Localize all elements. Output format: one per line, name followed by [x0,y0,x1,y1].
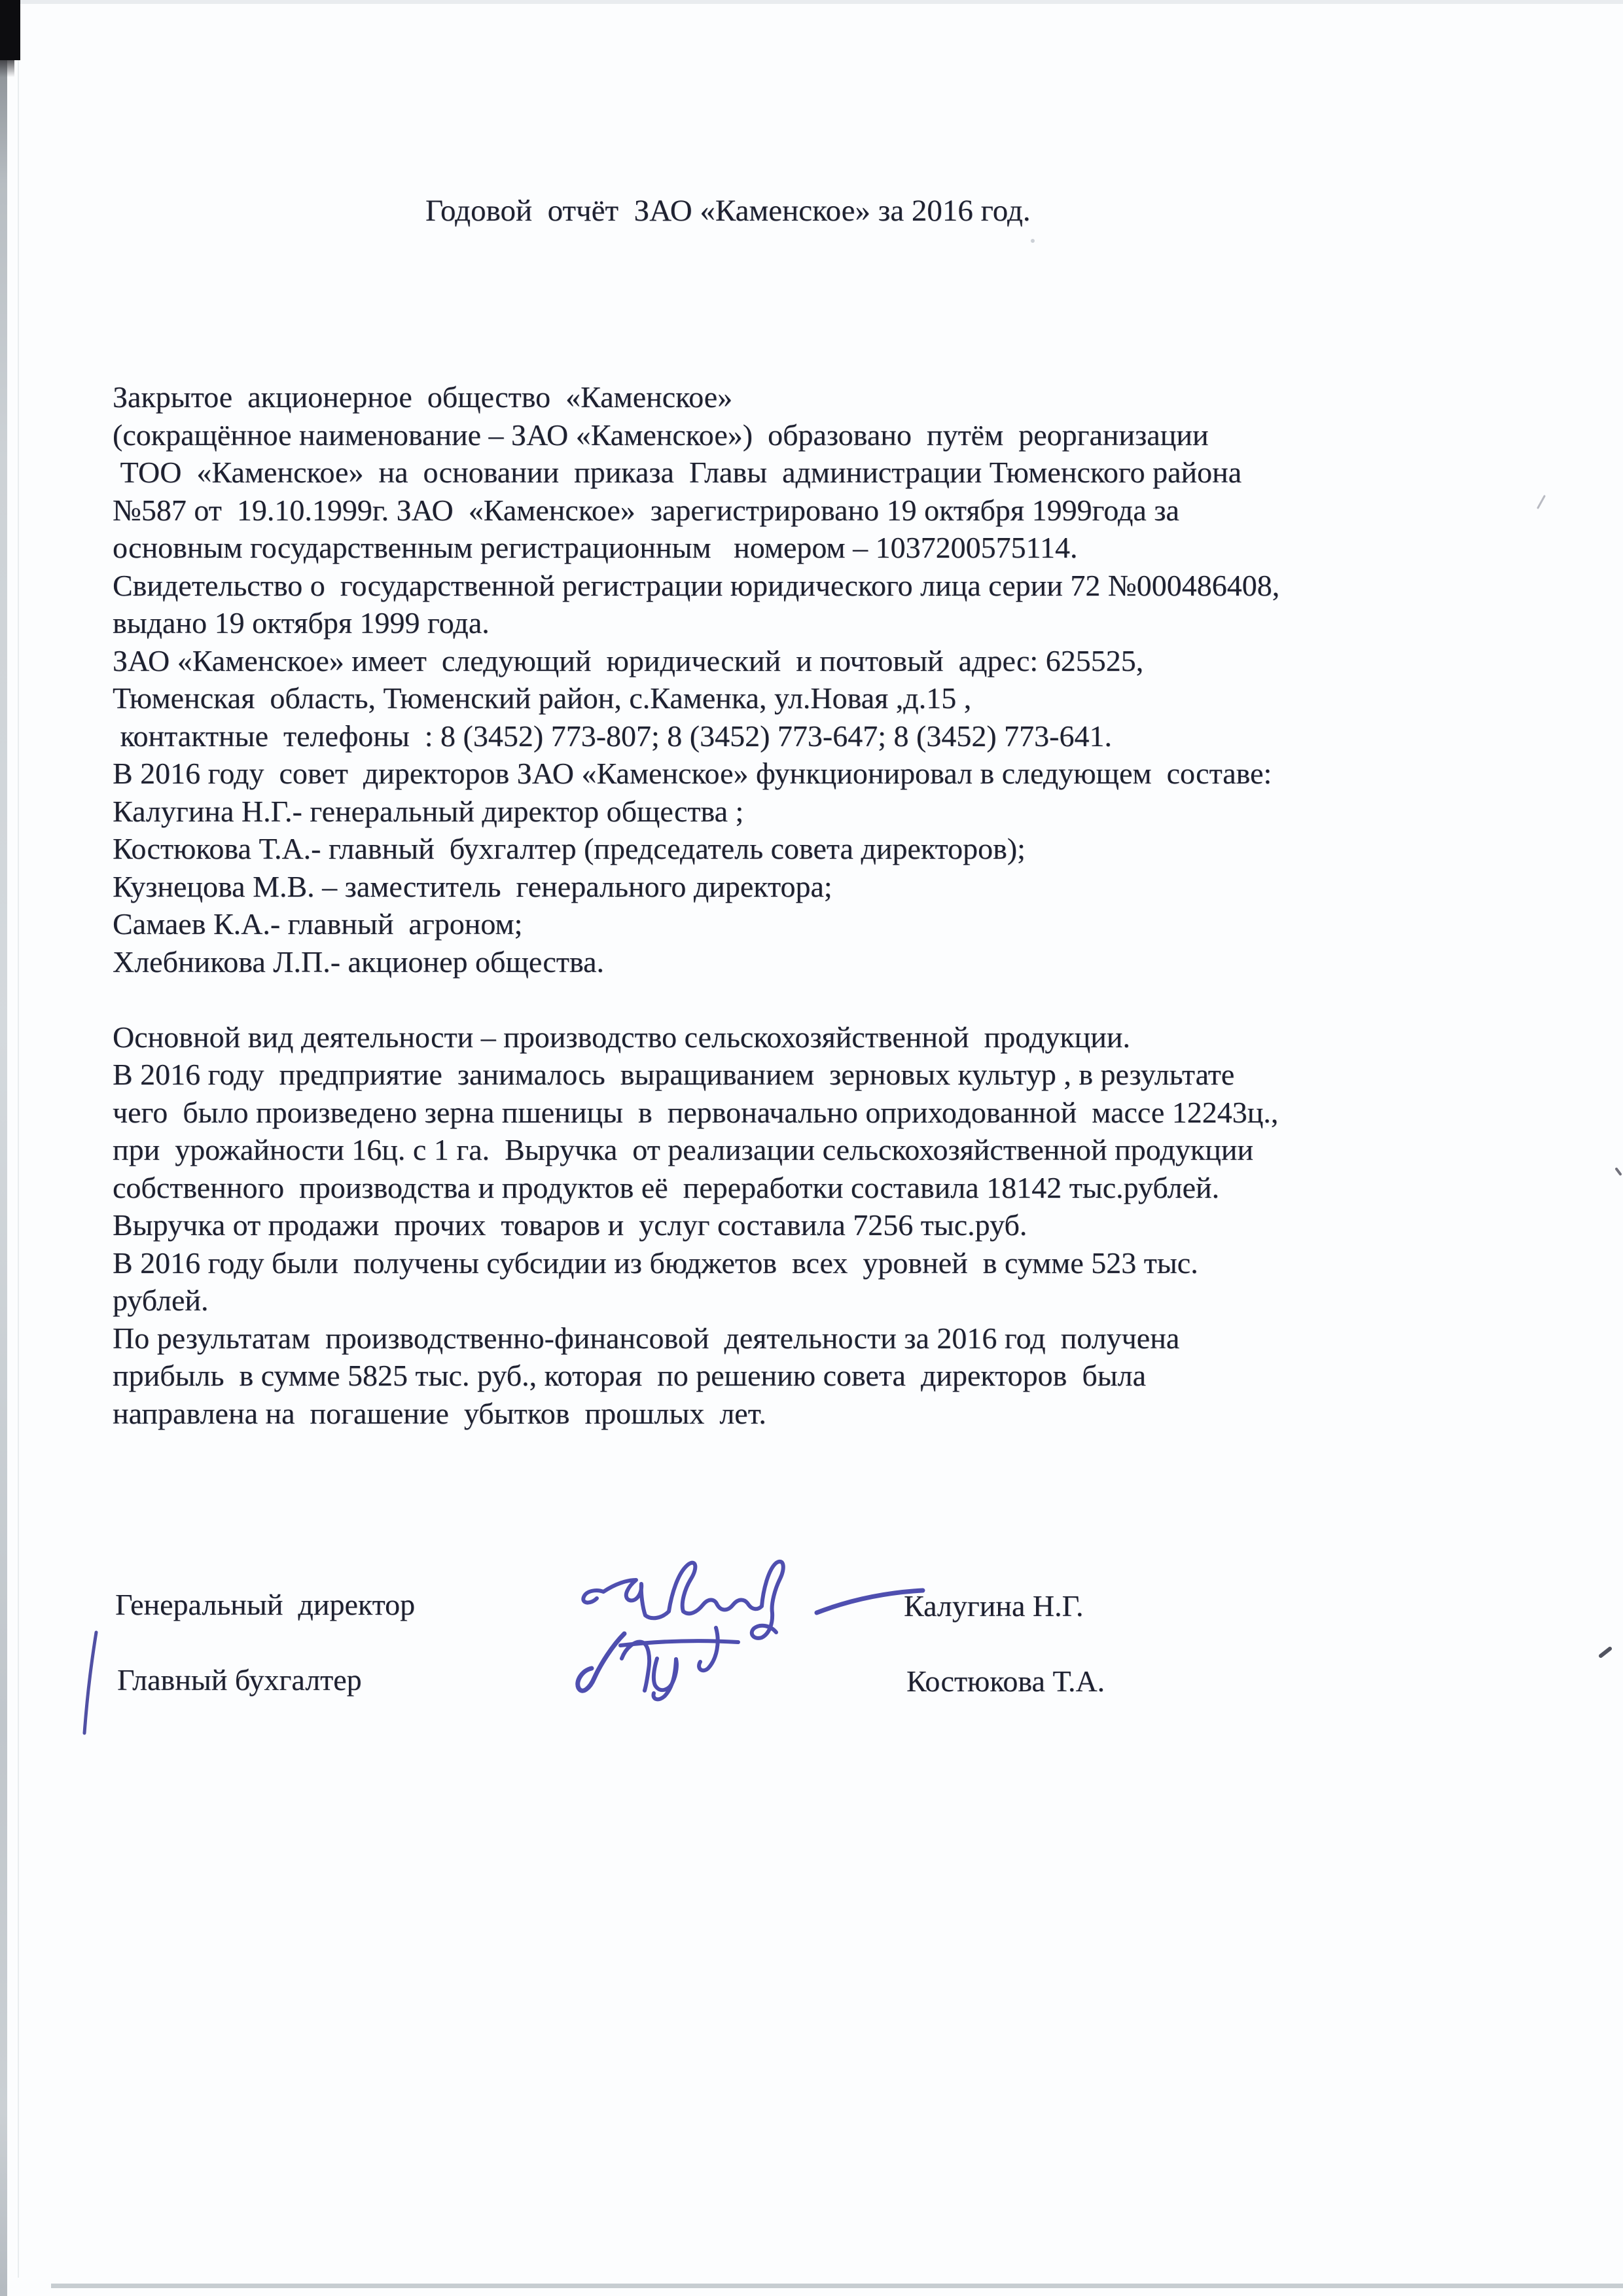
body-line: при урожайности 16ц. с 1 га. Выручка от … [113,1131,1526,1169]
body-line: контактные телефоны : 8 (3452) 773-807; … [113,717,1526,755]
body-line: Костюкова Т.А.- главный бухгалтер (предс… [113,830,1526,868]
director-signature-ink [583,1562,923,1638]
body-line: рублей. [113,1282,1526,1319]
scanner-bottom-edge [51,2284,1623,2288]
body-line: (сокращённое наименование – ЗАО «Каменск… [113,416,1526,454]
body-line [113,980,1526,1018]
scan-corner-artifact [0,0,20,60]
body-line: По результатам производственно-финансово… [113,1319,1526,1357]
body-line: Самаев К.А.- главный агроном; [113,905,1526,943]
body-line: Кузнецова М.В. – заместитель генеральног… [113,868,1526,906]
body-line: Свидетельство о государственной регистра… [113,567,1526,605]
signature-name-kalugina: Калугина Н.Г. [904,1588,1084,1624]
body-line: Основной вид деятельности – производство… [113,1018,1526,1056]
report-body: Закрытое акционерное общество «Каменское… [113,378,1526,1432]
report-title: Годовой отчёт ЗАО «Каменское» за 2016 го… [425,192,1031,229]
body-line: Хлебникова Л.П.- акционер общества. [113,943,1526,981]
body-line: В 2016 году предприятие занималось выращ… [113,1056,1526,1094]
scan-speck [1031,239,1035,243]
body-line: ЗАО «Каменское» имеет следующий юридичес… [113,642,1526,680]
body-line: ТОО «Каменское» на основании приказа Гла… [113,454,1526,492]
scan-speck [1616,1169,1620,1174]
body-line: №587 от 19.10.1999г. ЗАО «Каменское» зар… [113,492,1526,529]
signature-role-chief-accountant: Главный бухгалтер [117,1662,362,1698]
body-line: основным государственным регистрационным… [113,529,1526,567]
body-line: направлена на погашение убытков прошлых … [113,1395,1526,1433]
body-line: Тюменская область, Тюменский район, с.Ка… [113,679,1526,717]
body-line: Закрытое акционерное общество «Каменское… [113,378,1526,416]
body-line: выдано 19 октября 1999 года. [113,604,1526,642]
signature-name-kostyukova: Костюкова Т.А. [906,1663,1105,1700]
scan-corner-artifact-fade [0,60,14,77]
body-line: чего было произведено зерна пшеницы в пе… [113,1094,1526,1132]
body-line: Выручка от продажи прочих товаров и услу… [113,1206,1526,1244]
paper-edge-shadow [18,26,19,2278]
body-line: собственного производства и продуктов её… [113,1169,1526,1207]
scan-speck [1538,496,1544,508]
scanner-top-edge [0,0,1623,4]
signature-role-general-director: Генеральный директор [115,1587,415,1623]
body-line: прибыль в сумме 5825 тыс. руб., которая … [113,1357,1526,1395]
scan-speck [1601,1649,1610,1656]
body-line: В 2016 году были получены субсидии из бю… [113,1244,1526,1282]
accountant-signature-ink [578,1628,738,1699]
margin-pen-stroke [84,1632,96,1733]
scanner-edge-strip [0,0,7,2296]
body-line: В 2016 году совет директоров ЗАО «Каменс… [113,755,1526,793]
scanned-document-page: Годовой отчёт ЗАО «Каменское» за 2016 го… [0,0,1623,2296]
body-line: Калугина Н.Г.- генеральный директор обще… [113,793,1526,831]
